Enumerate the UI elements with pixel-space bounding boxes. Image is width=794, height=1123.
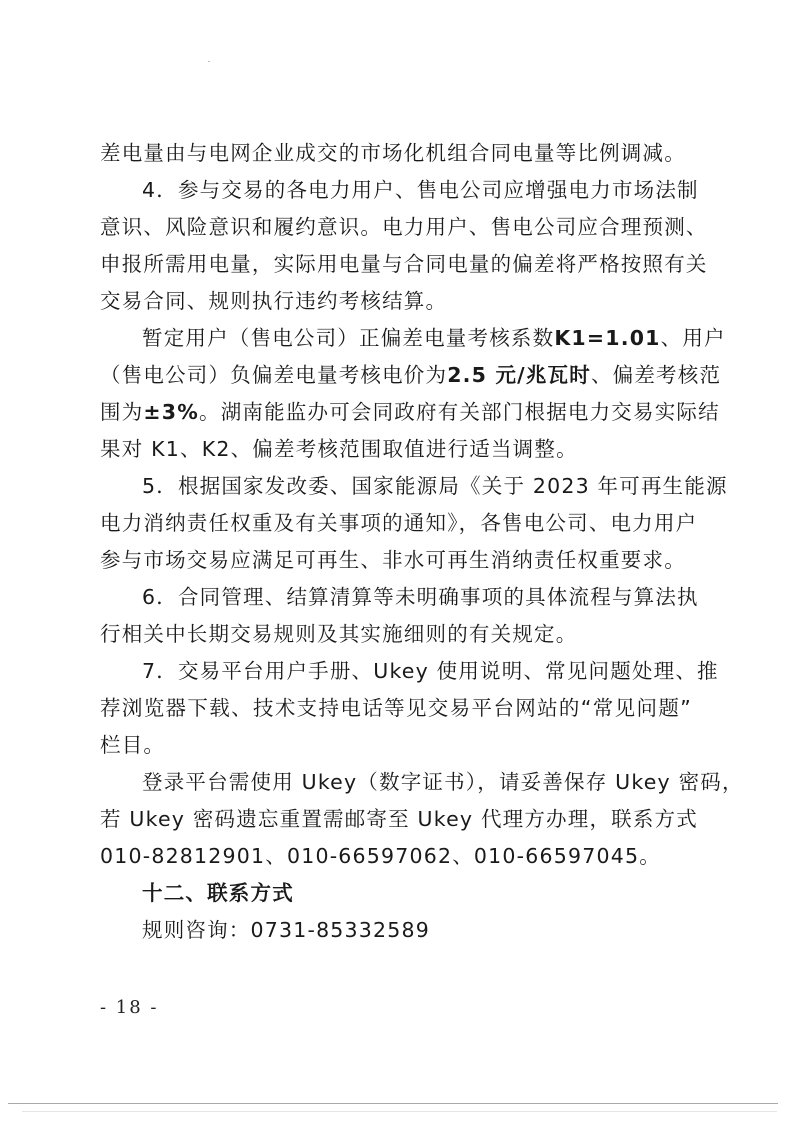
range-tail: 。湖南能监办可会同政府有关部门根据电力交易实际结 [199,400,720,424]
paragraph-line-range: 围为±3%。湖南能监办可会同政府有关部门根据电力交易实际结 [100,397,692,427]
rules-consult-phone: 规则咨询：0731-85332589 [142,915,692,945]
scan-speck [208,61,210,62]
k1-value: K1=1.01 [554,326,660,350]
page-number: - 18 - [100,997,159,1018]
paragraph-line: 若 Ukey 密码遗忘重置需邮寄至 Ukey 代理方办理，联系方式 [100,804,692,834]
page-edge-line [8,1103,778,1104]
document-page: 差电量由与电网企业成交的市场化机组合同电量等比例调减。 4．参与交易的各电力用户… [0,0,794,1123]
paragraph-line: 参与市场交易应满足可再生、非水可再生消纳责任权重要求。 [100,545,692,575]
price-value: 2.5 元/兆瓦时 [447,363,591,387]
paragraph-line-item-4: 4．参与交易的各电力用户、售电公司应增强电力市场法制 [142,175,692,205]
paragraph-line-k1: 暂定用户（售电公司）正偏差电量考核系数K1=1.01、用户 [142,323,692,353]
k1-text: 暂定用户（售电公司）正偏差电量考核系数 [142,326,554,350]
paragraph-line: 栏目。 [100,730,692,760]
paragraph-line-item-7: 7．交易平台用户手册、Ukey 使用说明、常见问题处理、推 [142,656,692,686]
k1-tail: 、用户 [661,326,726,350]
price-tail: 、偏差考核范 [591,363,721,387]
paragraph-line: 行相关中长期交易规则及其实施细则的有关规定。 [100,619,692,649]
paragraph-line: 意识、风险意识和履约意识。电力用户、售电公司应合理预测、 [100,212,692,242]
price-text: （售电公司）负偏差电量考核电价为 [100,363,447,387]
range-value: ±3% [143,400,199,424]
paragraph-line-ukey: 登录平台需使用 Ukey（数字证书），请妥善保存 Ukey 密码， [142,767,692,797]
paragraph-line-item-6: 6．合同管理、结算清算等未明确事项的具体流程与算法执 [142,582,692,612]
paragraph-line: 荐浏览器下载、技术支持电话等见交易平台网站的“常见问题” [100,693,692,723]
paragraph-line: 果对 K1、K2、偏差考核范围取值进行适当调整。 [100,434,692,464]
paragraph-line: 交易合同、规则执行违约考核结算。 [100,286,692,316]
range-text: 围为 [100,400,143,424]
paragraph-line-price: （售电公司）负偏差电量考核电价为2.5 元/兆瓦时、偏差考核范 [100,360,692,390]
section-heading-contact: 十二、联系方式 [142,878,692,908]
contact-phone-numbers: 010-82812901、010-66597062、010-66597045。 [100,841,692,871]
paragraph-line-item-5: 5．根据国家发改委、国家能源局《关于 2023 年可再生能源 [142,471,692,501]
paragraph-line: 申报所需用电量，实际用电量与合同电量的偏差将严格按照有关 [100,249,692,279]
paragraph-line: 电力消纳责任权重及有关事项的通知》，各售电公司、电力用户 [100,508,692,538]
paragraph-line: 差电量由与电网企业成交的市场化机组合同电量等比例调减。 [100,138,692,168]
page-edge-shadow [22,1111,777,1112]
